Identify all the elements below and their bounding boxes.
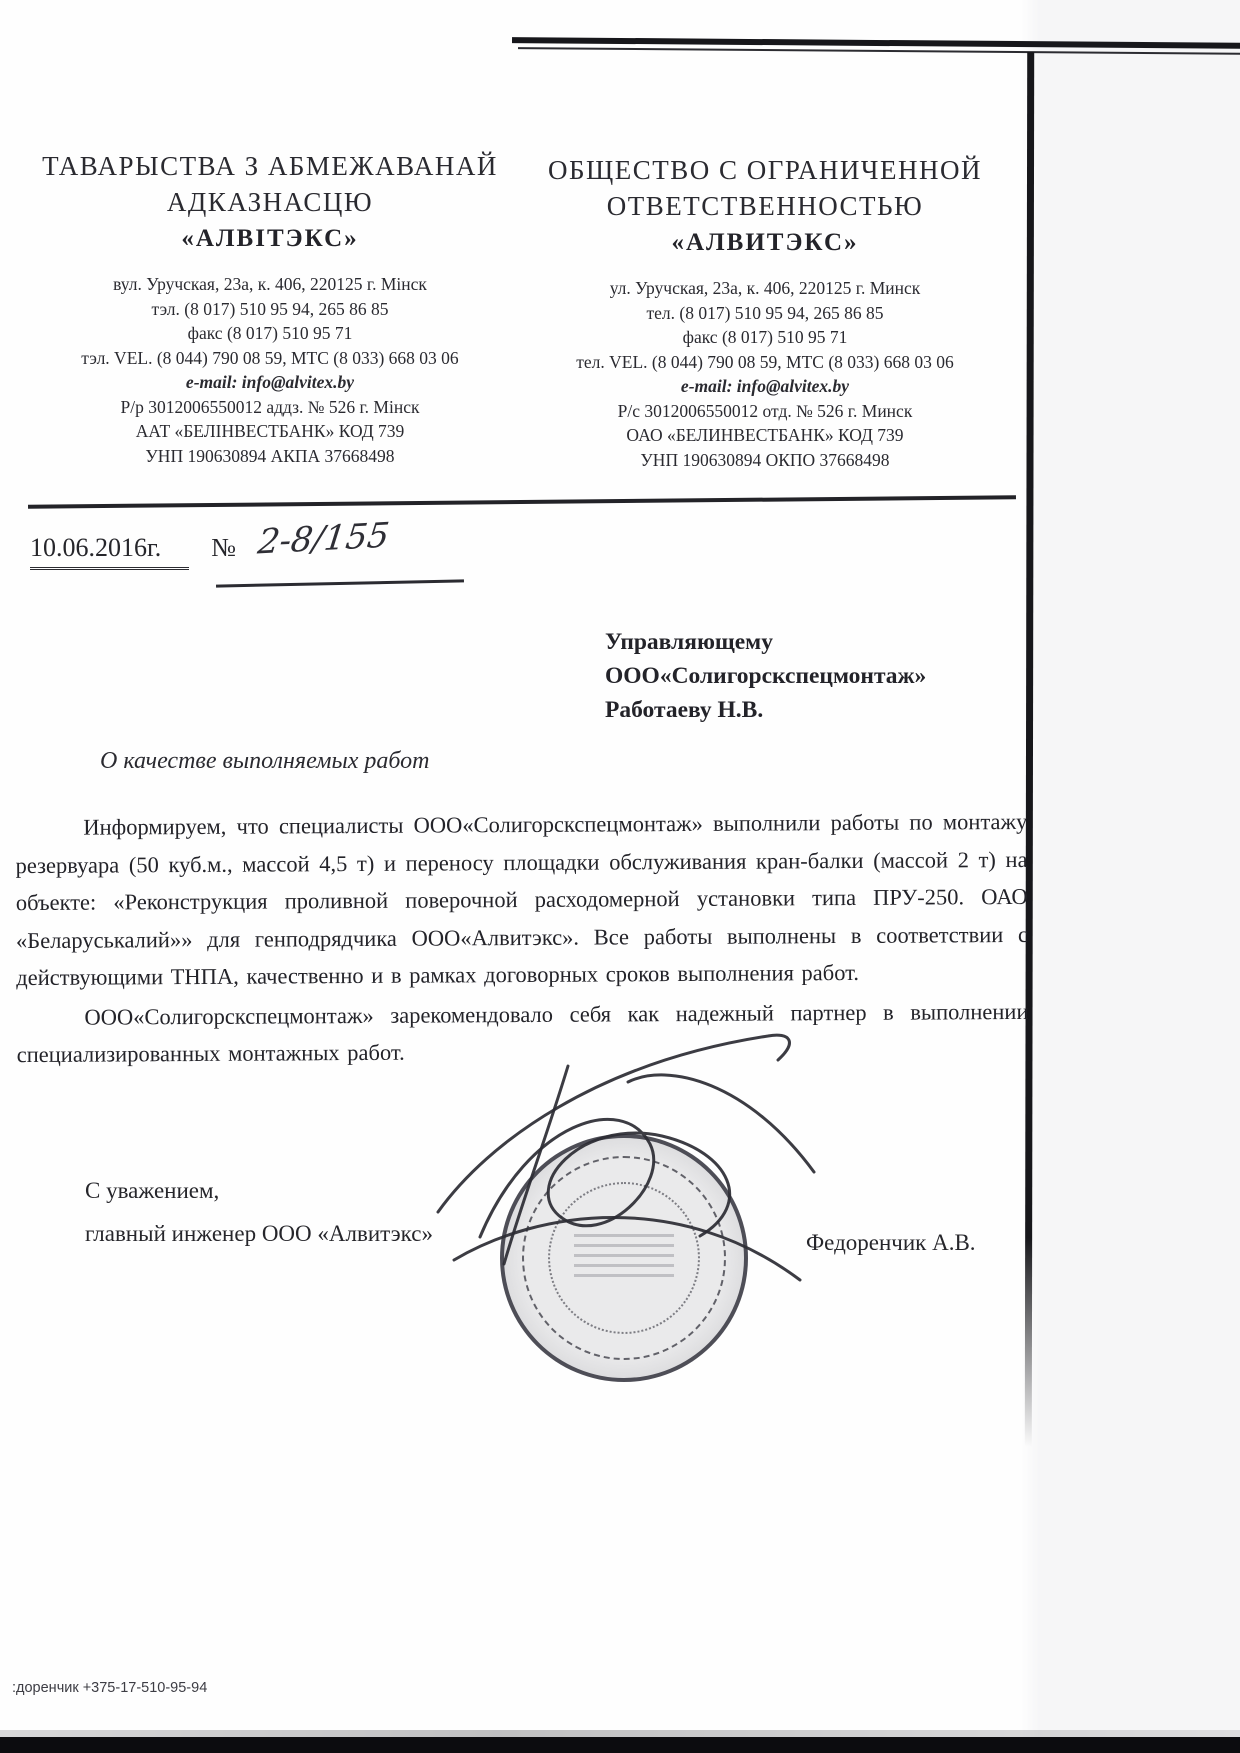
bank-name-line: ААТ «БЕЛІНВЕСТБАНК» КОД 739	[35, 419, 505, 444]
address-block-ru: ул. Уручская, 23а, к. 406, 220125 г. Мин…	[530, 276, 1000, 472]
signer-name: Федоренчик А.В.	[806, 1230, 976, 1256]
fax-line: факс (8 017) 510 95 71	[35, 321, 505, 346]
email-line: e-mail: info@alvitex.by	[35, 370, 505, 395]
letterhead-separator-line	[28, 495, 1016, 508]
number-underline	[216, 579, 464, 587]
scanned-letter-page: ТАВАРЫСТВА З АБМЕЖАВАНАЙ АДКАЗНАСЦЮ «АЛВ…	[0, 0, 1240, 1753]
registration-line: УНП 190630894 ОКПО 37668498	[530, 448, 1000, 473]
bank-name-line: ОАО «БЕЛИНВЕСТБАНК» КОД 739	[530, 423, 1000, 448]
org-name-by-line1: ТАВАРЫСТВА З АБМЕЖАВАНАЙ	[35, 148, 505, 184]
scan-edge-bottom-bar	[0, 1737, 1240, 1753]
number-label: №	[211, 533, 236, 563]
subject-line: О качестве выполняемых работ	[100, 748, 429, 775]
letterhead-right: ОБЩЕСТВО С ОГРАНИЧЕННОЙ ОТВЕТСТВЕННОСТЬЮ…	[530, 152, 1000, 472]
mobile-line: тел. VEL. (8 044) 790 08 59, МТС (8 033)…	[530, 350, 1000, 375]
reference-line: 10.06.2016г.№ 2-8/155	[30, 533, 236, 570]
handwritten-letter-number: 2-8/155	[256, 515, 392, 562]
org-name-ru-line1: ОБЩЕСТВО С ОГРАНИЧЕННОЙ	[530, 152, 1000, 188]
letterhead-left: ТАВАРЫСТВА З АБМЕЖАВАНАЙ АДКАЗНАСЦЮ «АЛВ…	[35, 148, 505, 468]
org-name-ru-line2: ОТВЕТСТВЕННОСТЬЮ	[530, 188, 1000, 224]
address-line: вул. Уручская, 23а, к. 406, 220125 г. Мі…	[35, 272, 505, 297]
body-paragraph-1: Информируем, что специалисты ООО«Солигор…	[15, 803, 1028, 997]
recipient-company: ООО«Солигорскспецмонтаж»	[605, 659, 926, 693]
org-name-by-line2: АДКАЗНАСЦЮ	[35, 184, 505, 220]
address-block-by: вул. Уручская, 23а, к. 406, 220125 г. Мі…	[35, 272, 505, 468]
scan-edge-top-line-thin	[518, 47, 1240, 55]
bank-account-line: Р/с 3012006550012 отд. № 526 г. Минск	[530, 399, 1000, 424]
phone-line: тэл. (8 017) 510 95 94, 265 86 85	[35, 297, 505, 322]
org-name-by: «АЛВІТЭКС»	[35, 220, 505, 258]
email-line: e-mail: info@alvitex.by	[530, 374, 1000, 399]
letter-date: 10.06.2016г.	[30, 533, 189, 570]
footer-contact-note: :доренчик +375-17-510-95-94	[12, 1680, 207, 1696]
recipient-name: Работаеву Н.В.	[605, 693, 926, 727]
registration-line: УНП 190630894 АКПА 37668498	[35, 444, 505, 469]
fax-line: факс (8 017) 510 95 71	[530, 325, 1000, 350]
phone-line: тел. (8 017) 510 95 94, 265 86 85	[530, 301, 1000, 326]
mobile-line: тэл. VEL. (8 044) 790 08 59, МТС (8 033)…	[35, 346, 505, 371]
closing-phrase: С уважением,	[85, 1178, 219, 1204]
signer-title: главный инженер ООО «Алвитэкс»	[85, 1221, 433, 1247]
recipient-block: Управляющему ООО«Солигорскспецмонтаж» Ра…	[605, 625, 926, 727]
recipient-position: Управляющему	[605, 625, 926, 659]
bank-account-line: Р/р 3012006550012 аддз. № 526 г. Мінск	[35, 395, 505, 420]
scan-bottom-smudge	[0, 1730, 1240, 1737]
org-name-ru: «АЛВИТЭКС»	[530, 224, 1000, 262]
scan-edge-right-line	[1025, 52, 1034, 1447]
address-line: ул. Уручская, 23а, к. 406, 220125 г. Мин…	[530, 276, 1000, 301]
handwritten-signature-icon	[418, 1022, 828, 1312]
